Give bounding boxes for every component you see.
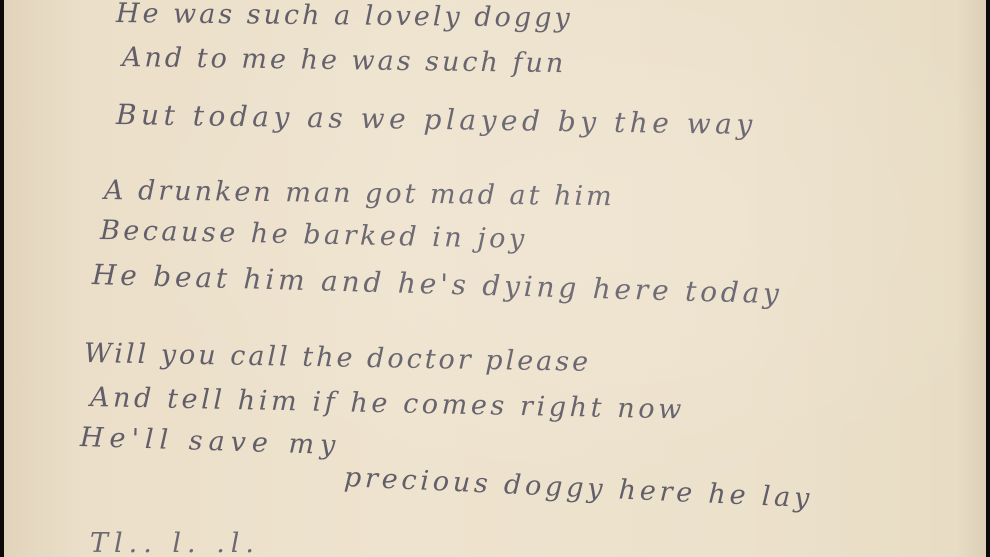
partial-line-cut-off: Tl.. l. .l.	[90, 528, 260, 557]
lyric-line: precious doggy here he lay	[343, 462, 813, 514]
lyric-line: He'll save my	[80, 422, 342, 461]
lyric-line: A drunken man got mad at him	[104, 175, 615, 212]
lyric-line: He was such a lovely doggy	[116, 0, 573, 34]
lyric-line: Will you call the doctor please	[84, 338, 592, 378]
lyric-line: And to me he was such fun	[122, 42, 567, 79]
lyric-line: But today as we played by the way	[116, 98, 757, 141]
lyric-line: Because he barked in joy	[100, 215, 528, 255]
manuscript-page: He was such a lovely doggy And to me he …	[4, 0, 986, 557]
lyric-line: He beat him and he's dying here today	[92, 258, 784, 310]
lyric-line: And tell him if he comes right now	[90, 382, 686, 425]
